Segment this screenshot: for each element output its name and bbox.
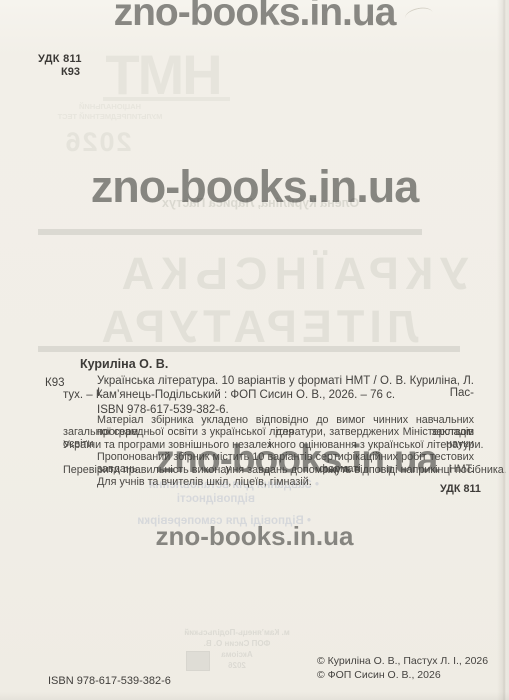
copyright-authors: © Куриліна О. В., Пастух Л. І., 2026	[317, 655, 488, 667]
showthrough-nmt-underline	[103, 97, 230, 101]
udk-author-code-top: К93	[61, 66, 80, 78]
showthrough-year: 2026	[57, 127, 138, 158]
showthrough-publisher-line1: м. Кам’янець-Подільський	[184, 628, 289, 637]
showthrough-publisher-line2: ФОП Сисин О. В.	[204, 639, 271, 648]
copyright-block: © Куриліна О. В., Пастух Л. І., 2026© ФО…	[317, 654, 488, 682]
showthrough-qr-square	[186, 651, 210, 671]
showthrough-divider-bar-bottom	[38, 346, 460, 352]
showthrough-cover-title-line1: УКРАЇНСЬКА	[75, 248, 508, 300]
showthrough-publisher-line3: Аксіома	[221, 650, 252, 659]
showthrough-bullet1-line2: відповідності	[147, 493, 255, 505]
bibliographic-line2: тух. – Кам’янець-Подільський : ФОП Сисин…	[63, 389, 395, 401]
site-watermark-upper: zno-books.in.ua	[0, 161, 509, 213]
udk-classification-top: УДК 811	[38, 53, 82, 65]
page-bottom-edge-shadow	[0, 692, 509, 700]
showthrough-nmt-subtitle-line1: НАЦІОНАЛЬНИЙ	[79, 102, 141, 111]
author-heading: Куриліна О. В.	[80, 357, 168, 371]
udk-classification-bottom: УДК 811	[440, 483, 481, 495]
showthrough-nmt-subtitle: НАЦІОНАЛЬНИЙМУЛЬТИПРЕДМЕТНИЙ ТЕСТ	[55, 102, 165, 122]
showthrough-publisher-line4: 2026	[228, 661, 246, 670]
page-right-edge-shadow	[497, 0, 509, 700]
book-imprint-page: НМТ НАЦІОНАЛЬНИЙМУЛЬТИПРЕДМЕТНИЙ ТЕСТ 20…	[0, 0, 509, 700]
showthrough-nmt-subtitle-line2: МУЛЬТИПРЕДМЕТНИЙ ТЕСТ	[58, 112, 163, 121]
site-watermark-lower: zno-books.in.ua	[0, 521, 509, 552]
catalog-margin-code: К93	[45, 377, 65, 389]
site-watermark-middle: zno-books.in.ua	[84, 438, 509, 482]
copyright-publisher: © ФОП Сисин О. В., 2026	[317, 669, 441, 681]
site-watermark-top: zno-books.in.ua	[0, 0, 509, 35]
showthrough-divider-bar-top	[38, 229, 422, 235]
footer-isbn: ISBN 978-617-539-382-6	[48, 675, 171, 687]
